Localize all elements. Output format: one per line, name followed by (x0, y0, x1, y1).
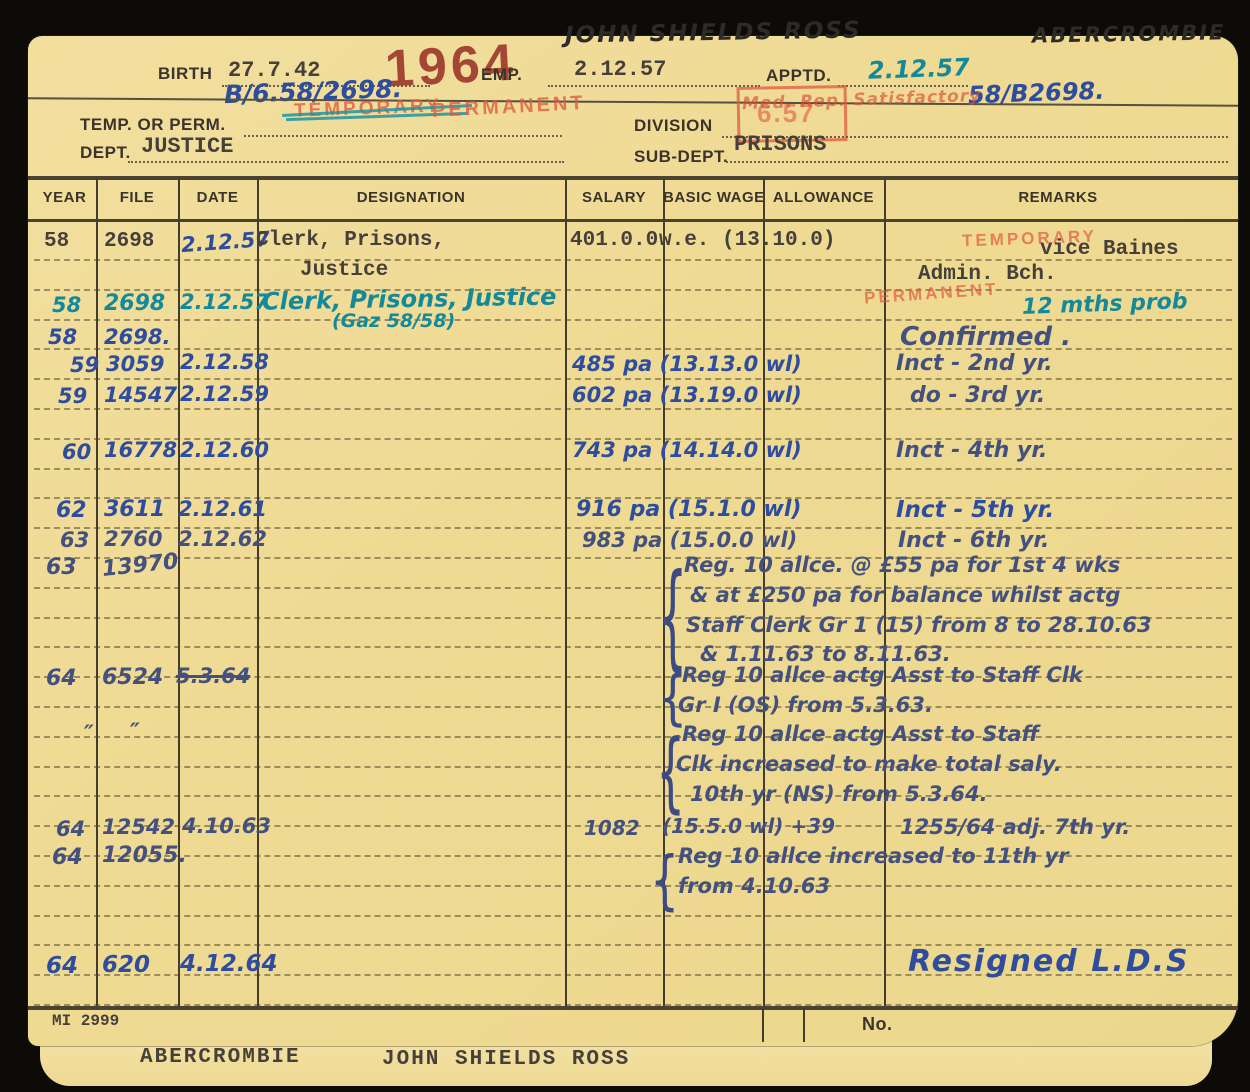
col-line-file (96, 178, 98, 1006)
note-line: from 4.10.63 (678, 874, 830, 898)
cell-year-ditto: ″ (84, 722, 94, 747)
note-line: Reg 10 allce increased to 11th yr (678, 844, 1069, 868)
cell-designation: Justice (300, 259, 388, 282)
cell-year: 64 (52, 845, 83, 870)
cell-year: 58 (52, 293, 81, 317)
cell-remarks: vice Baines (1040, 238, 1179, 261)
note-line: 10th yr (NS) from 5.3.64. (690, 782, 988, 806)
subdept-line (726, 160, 1228, 163)
temp-or-perm-label: TEMP. OR PERM. (80, 115, 226, 135)
col-line-salary (565, 178, 567, 1006)
apptd-label: APPTD. (766, 66, 831, 86)
footer-line-1 (762, 1008, 764, 1042)
cell-remarks: Inct - 6th yr. (898, 528, 1049, 553)
cell-file: 6524 (102, 665, 163, 690)
cell-year: 60 (62, 440, 91, 464)
note-line: Clk increased to make total saly. (676, 752, 1062, 776)
cell-date: 2.12.61 (178, 497, 267, 521)
cell-date: 4.10.63 (182, 814, 271, 838)
table-bottom-border (28, 1006, 1238, 1010)
table-header-border (28, 219, 1238, 222)
note-line: Gr I (OS) from 5.3.63. (678, 693, 933, 717)
surname-typed: ABERCROMBIE (140, 1046, 301, 1069)
scanned-record-card: JOHN SHIELDS ROSS ABERCROMBIE BIRTH 27.7… (0, 0, 1250, 1092)
footer-line-2 (803, 1008, 805, 1042)
note-line: Reg 10 allce actg Asst to Staff Clk (682, 663, 1083, 687)
cell-file: 12542 (102, 815, 175, 839)
emp-label: EMP. (481, 65, 522, 85)
cell-file: 2698 (104, 291, 165, 316)
note-line: Staff Clerk Gr 1 (15) from 8 to 28.10.63 (686, 613, 1152, 637)
cell-salary: 743 pa (14.14.0 wl) (572, 438, 802, 462)
dept-label: DEPT. (80, 143, 131, 163)
cell-file: 3611 (104, 497, 165, 522)
cell-year: 64 (46, 666, 77, 691)
cell-salary: 485 pa (13.13.0 wl) (572, 352, 802, 376)
note-line: Reg. 10 allce. @ £55 pa for 1st 4 wks (684, 553, 1120, 577)
cell-file: 2760 (104, 527, 162, 551)
cell-file: 620 (102, 952, 150, 978)
surname-script: ABERCROMBIE (1032, 20, 1226, 47)
dept-line (128, 160, 564, 163)
cell-year: 59 (58, 384, 87, 408)
dept-value: JUSTICE (141, 134, 233, 159)
note-brace (650, 842, 679, 918)
division-label: DIVISION (634, 116, 713, 136)
table-top-border (28, 176, 1238, 180)
cell-date: 2.12.58 (180, 350, 269, 374)
cell-year: 63 (46, 555, 77, 580)
form-number: MI 2999 (52, 1012, 119, 1030)
col-header-basic-wage: BASIC WAGE (663, 189, 763, 206)
col-header-remarks: REMARKS (884, 189, 1232, 206)
cell-basic-wage: (15.5.0 wl) +39 (662, 814, 835, 838)
cell-date: 2.12.60 (180, 438, 269, 462)
birth-label: BIRTH (158, 64, 212, 84)
cell-salary: 602 pa (13.19.0 wl) (572, 383, 802, 407)
cell-remarks: do - 3rd yr. (910, 383, 1045, 408)
cell-file-ditto: ″ (130, 720, 140, 745)
cell-salary: 916 pa (15.1.0 wl) (576, 497, 801, 522)
cell-date: 2.12.57 (180, 290, 269, 314)
cell-salary: 401.0.0 (570, 229, 658, 252)
cell-designation: (Gaz 58/58) (332, 310, 455, 332)
cell-remarks: Resigned L.D.S (908, 944, 1190, 979)
col-header-designation: DESIGNATION (257, 189, 565, 206)
col-header-year: YEAR (33, 189, 96, 206)
cell-file: 16778 (104, 438, 177, 462)
cell-year: 64 (56, 817, 85, 841)
cell-year: 58 (48, 325, 77, 349)
cell-date: 4.12.64 (180, 951, 278, 977)
cell-file: 12055. (102, 843, 187, 868)
cell-salary: 1082 (584, 816, 640, 840)
col-header-allowance: ALLOWANCE (763, 189, 884, 206)
name-typed: JOHN SHIELDS ROSS (382, 1048, 630, 1071)
cell-year: 62 (56, 498, 87, 523)
name-script: JOHN SHIELDS ROSS (565, 17, 862, 48)
cell-remarks: 1255/64 adj. 7th yr. (900, 815, 1130, 839)
cell-date: 2.12.62 (178, 527, 267, 551)
col-header-date: DATE (178, 189, 257, 206)
cell-file: 2698. (104, 325, 170, 349)
emp-line (548, 84, 760, 87)
cell-year: 63 (60, 528, 89, 552)
no-label: No. (862, 1014, 893, 1035)
note-line: Reg 10 allce actg Asst to Staff (682, 722, 1039, 746)
cell-file: 2698 (104, 230, 154, 253)
cell-year: 64 (46, 953, 78, 979)
cell-salary: 983 pa (15.0.0 wl) (582, 528, 797, 552)
cell-designation: Clerk, Prisons, (256, 229, 445, 252)
cell-date-struck: 5.3.64 (176, 664, 250, 688)
cell-date: 2.12.59 (180, 382, 269, 406)
cell-remarks: Inct - 5th yr. (896, 497, 1054, 523)
cell-remarks: Inct - 4th yr. (896, 438, 1047, 463)
cell-year: 58 (44, 230, 69, 253)
cell-file: 3059 (106, 352, 164, 376)
cell-basic-wage: w.e. (13.10.0) (659, 229, 835, 252)
cell-remarks: Confirmed . (900, 322, 1071, 352)
emp-value: 2.12.57 (574, 57, 666, 82)
col-header-file: FILE (96, 189, 178, 206)
cell-year: 59 (70, 353, 99, 377)
temp-or-perm-line (244, 134, 562, 137)
subdept-value: PRISONS (734, 132, 826, 157)
subdept-label: SUB-DEPT. (634, 147, 728, 167)
apptd-value: 2.12.57 (868, 53, 971, 85)
cell-file: 14547 (104, 383, 177, 407)
cell-remarks: Inct - 2nd yr. (896, 351, 1053, 376)
col-header-salary: SALARY (565, 189, 663, 206)
note-line: & at £250 pa for balance whilst actg (690, 583, 1120, 607)
